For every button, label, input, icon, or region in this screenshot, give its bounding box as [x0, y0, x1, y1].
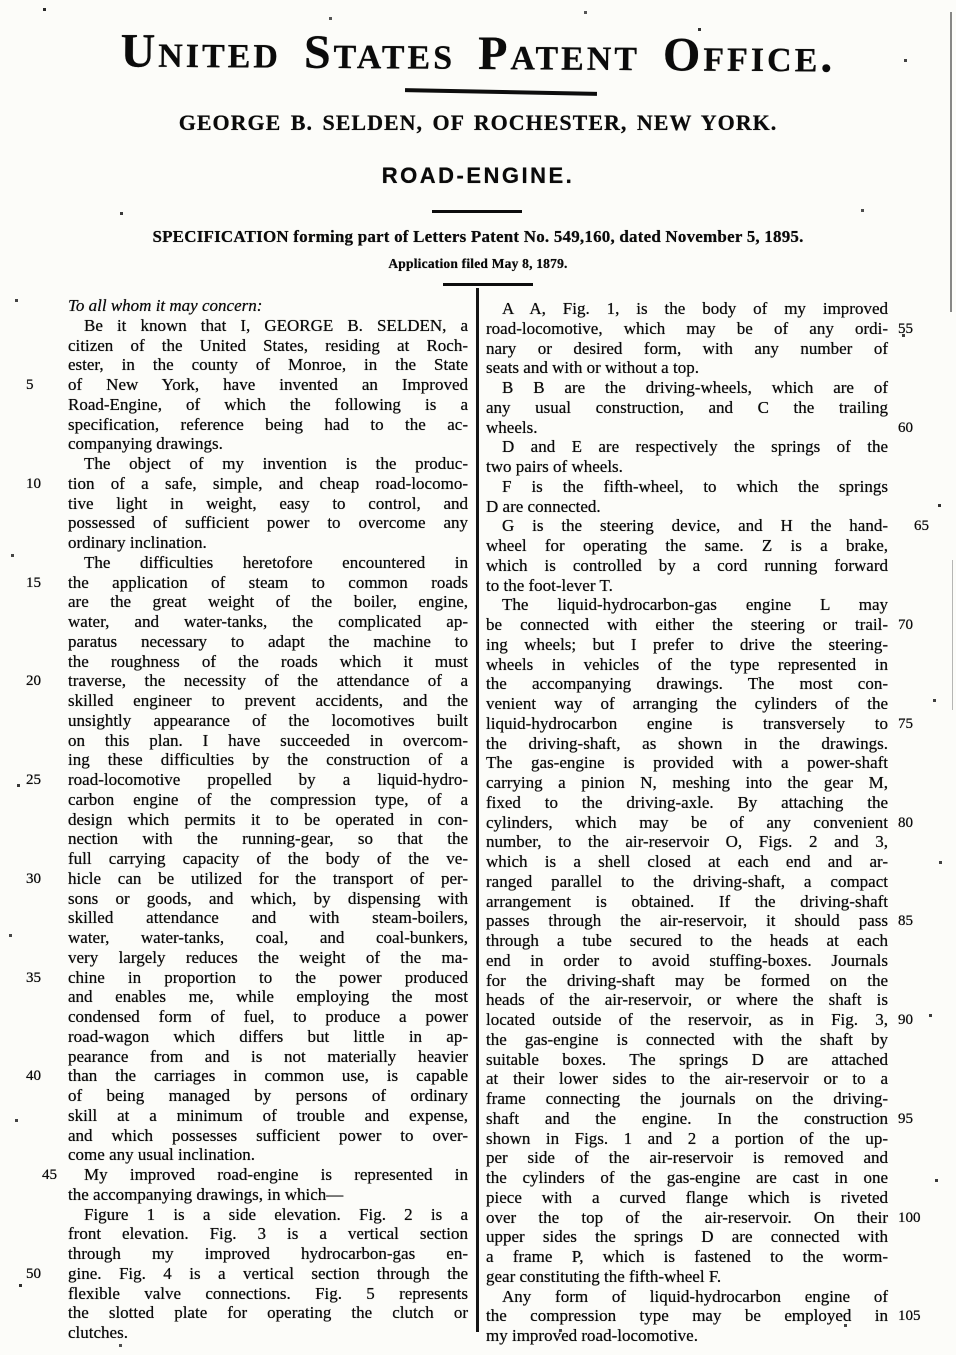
text-line: the driving-shaft, as shown in the drawi…	[486, 734, 888, 754]
text-line: condensed form of fuel, to produce a pow…	[68, 1007, 468, 1027]
text-line: the cylinders of the gas-engine are cast…	[486, 1168, 888, 1188]
text-line: venient way of arranging the cylinders o…	[486, 694, 888, 714]
line-text: upper sides the springs D are connected …	[486, 1227, 888, 1246]
text-line: ing wheels; but I prefer to drive the st…	[486, 635, 888, 655]
text-line: flexible valve connections. Fig. 5 repre…	[68, 1284, 468, 1304]
line-text: the slotted plate for operating the clut…	[68, 1303, 468, 1322]
text-line: Any form of liquid-hydrocarbon engine of	[486, 1287, 888, 1307]
line-text: ranged parallel to the driving-shaft, a …	[486, 872, 888, 891]
line-text: venient way of arranging the cylinders o…	[486, 694, 888, 713]
line-text: design which permits it to be operated i…	[68, 810, 468, 829]
text-line: A A, Fig. 1, is the body of my improved	[486, 299, 888, 319]
text-line: very largely reduces the weight of the m…	[68, 948, 468, 968]
line-text: water, and water-tanks, the complicated …	[68, 612, 468, 631]
line-number: 50	[26, 1265, 56, 1284]
text-line: traverse, the necessity of the attendanc…	[68, 671, 468, 691]
line-text: per side of the air-reservoir is removed…	[486, 1148, 888, 1167]
text-line: road-wagon which differs but little in a…	[68, 1027, 468, 1047]
text-line: the accompanying drawings, in which—	[68, 1185, 468, 1205]
text-line: liquid-hydrocarbon engine is transversel…	[486, 714, 888, 734]
line-text: the roughness of the roads which it must	[68, 652, 468, 671]
text-line: wheels.60	[486, 418, 888, 438]
line-text: The liquid-hydrocarbon-gas engine L may	[502, 595, 888, 614]
text-line: skilled engineer to prevent accidents, a…	[68, 691, 468, 711]
line-text: road-wagon which differs but little in a…	[68, 1027, 468, 1046]
application-rule	[443, 283, 533, 286]
text-line: design which permits it to be operated i…	[68, 810, 468, 830]
specification-line: SPECIFICATION forming part of Letters Pa…	[0, 227, 956, 247]
line-text: road-locomotive propelled by a liquid-hy…	[68, 770, 468, 789]
line-text: the accompanying drawings. The most con-	[486, 674, 888, 693]
text-line: shown in Figs. 1 and 2 a portion of the …	[486, 1129, 888, 1149]
text-line: any usual construction, and C the traili…	[486, 398, 888, 418]
text-line: My improved road-engine is represented i…	[68, 1165, 468, 1185]
line-text: Any form of liquid-hydrocarbon engine of	[502, 1287, 888, 1306]
text-line: ordinary inclination.	[68, 533, 468, 553]
line-number: 75	[898, 715, 936, 734]
line-text: possessed of sufficient power to overcom…	[68, 513, 468, 532]
text-line: the slotted plate for operating the clut…	[68, 1303, 468, 1323]
line-text: for the driving-shaft may be formed on t…	[486, 971, 888, 990]
line-number: 65	[898, 517, 936, 536]
line-text: the driving-shaft, as shown in the drawi…	[486, 734, 888, 753]
line-text: specification, reference being had to th…	[68, 415, 468, 434]
line-text: skilled attendance and with steam-boiler…	[68, 908, 468, 927]
line-text: number, to the air-reservoir O, Figs. 2 …	[486, 832, 888, 851]
line-text: ordinary inclination.	[68, 533, 207, 552]
line-number: 105	[898, 1307, 936, 1326]
scan-edge-artifact	[950, 12, 952, 312]
line-text: the cylinders of the gas-engine are cast…	[486, 1168, 888, 1187]
line-text: liquid-hydrocarbon engine is transversel…	[486, 714, 888, 733]
text-line: the roughness of the roads which it must	[68, 652, 468, 672]
line-text: to the foot-lever T.	[486, 576, 613, 595]
line-number: 45	[26, 1166, 56, 1185]
line-text: wheel for operating the same. Z is a bra…	[486, 536, 888, 555]
line-text: shown in Figs. 1 and 2 a portion of the …	[486, 1129, 888, 1148]
text-line: Be it known that I, GEORGE B. SELDEN, a	[68, 316, 468, 336]
line-number: 25	[26, 771, 56, 790]
text-line: D and E are respectively the springs of …	[486, 437, 888, 457]
inventor-line: GEORGE B. SELDEN, OF ROCHESTER, NEW YORK…	[0, 110, 956, 136]
line-text: gear constituting the fifth-wheel F.	[486, 1267, 721, 1286]
line-text: ing wheels; but I prefer to drive the st…	[486, 635, 888, 654]
text-line: per side of the air-reservoir is removed…	[486, 1148, 888, 1168]
line-text: tive light in weight, easy to control, a…	[68, 494, 468, 513]
line-text: skill at a minimum of trouble and expens…	[68, 1106, 468, 1125]
text-line: unsightly appearance of the locomotives …	[68, 711, 468, 731]
line-text: of being managed by persons of ordinary	[68, 1086, 468, 1105]
text-line: nection with the running-gear, so that t…	[68, 829, 468, 849]
line-text: The object of my invention is the produc…	[84, 454, 468, 473]
text-line: end in order to avoid stuffing-boxes. Jo…	[486, 951, 888, 971]
line-number: 40	[26, 1067, 56, 1086]
text-line: water, water-tanks, coal, and coal-bunke…	[68, 928, 468, 948]
text-line: come any usual inclination.	[68, 1145, 468, 1165]
line-number: 95	[898, 1110, 936, 1129]
line-text: A A, Fig. 1, is the body of my improved	[502, 299, 888, 318]
line-text: very largely reduces the weight of the m…	[68, 948, 468, 967]
line-number: 55	[898, 320, 936, 339]
line-text: front elevation. Fig. 3 is a vertical se…	[68, 1224, 468, 1243]
text-line: upper sides the springs D are connected …	[486, 1227, 888, 1247]
text-line: The gas-engine is provided with a power-…	[486, 753, 888, 773]
text-line: skill at a minimum of trouble and expens…	[68, 1106, 468, 1126]
right-column: A A, Fig. 1, is the body of my improvedr…	[486, 299, 888, 1346]
line-number: 35	[26, 969, 56, 988]
line-text: citizen of the United States, residing a…	[68, 336, 468, 355]
text-line: a frame P, which is fastened to the worm…	[486, 1247, 888, 1267]
line-text: carbon engine of the compression type, o…	[68, 790, 468, 809]
text-line: The object of my invention is the produc…	[68, 454, 468, 474]
text-line: are the great weight of the boiler, engi…	[68, 592, 468, 612]
line-text: The difficulties heretofore encountered …	[84, 553, 468, 572]
invention-title-rule	[432, 210, 522, 213]
line-text: the gas-engine is connected with the sha…	[486, 1030, 888, 1049]
line-number: 15	[26, 574, 56, 593]
text-line: than the carriages in common use, is cap…	[68, 1066, 468, 1086]
text-line: wheels in vehicles of the type represent…	[486, 655, 888, 675]
line-text: arrangement is obtained. If the driving-…	[486, 892, 888, 911]
line-number: 80	[898, 814, 936, 833]
text-line: specification, reference being had to th…	[68, 415, 468, 435]
line-text: heads of the air-reservoir, or where the…	[486, 990, 888, 1009]
line-text: at their lower sides to the air-reservoi…	[486, 1069, 888, 1088]
line-text: chine in proportion to the power produce…	[68, 968, 468, 987]
text-line: citizen of the United States, residing a…	[68, 336, 468, 356]
text-line: To all whom it may concern:	[68, 296, 468, 316]
text-line: possessed of sufficient power to overcom…	[68, 513, 468, 533]
text-line: which is controlled by a cord running fo…	[486, 556, 888, 576]
line-text: through a tube secured to the heads at e…	[486, 931, 888, 950]
line-text: paratus necessary to adapt the machine t…	[68, 632, 468, 651]
text-line: Road-Engine, of which the following is a	[68, 395, 468, 415]
line-text: piece with a curved flange which is rive…	[486, 1188, 888, 1207]
text-line: hicle can be utilized for the transport …	[68, 869, 468, 889]
line-text: located outside of the reservoir, as in …	[486, 1010, 888, 1029]
text-line: number, to the air-reservoir O, Figs. 2 …	[486, 832, 888, 852]
line-text: come any usual inclination.	[68, 1145, 255, 1164]
text-line: road-locomotive propelled by a liquid-hy…	[68, 770, 468, 790]
line-text: cylinders, which may be of any convenien…	[486, 813, 888, 832]
text-line: suitable boxes. The springs D are attach…	[486, 1050, 888, 1070]
text-line: tive light in weight, easy to control, a…	[68, 494, 468, 514]
line-text: frame connecting the journals on the dri…	[486, 1089, 888, 1108]
text-line: The liquid-hydrocarbon-gas engine L may	[486, 595, 888, 615]
text-line: on this plan. I have succeeded in overco…	[68, 731, 468, 751]
line-text: condensed form of fuel, to produce a pow…	[68, 1007, 468, 1026]
text-line: the application of steam to common roads…	[68, 573, 468, 593]
line-text: are the great weight of the boiler, engi…	[68, 592, 468, 611]
scan-edge-artifact	[952, 560, 953, 710]
text-line: heads of the air-reservoir, or where the…	[486, 990, 888, 1010]
line-text: wheels.	[486, 418, 537, 437]
text-line: piece with a curved flange which is rive…	[486, 1188, 888, 1208]
text-line: companying drawings.	[68, 434, 468, 454]
text-line: ester, in the county of Monroe, in the S…	[68, 355, 468, 375]
line-text: skilled engineer to prevent accidents, a…	[68, 691, 468, 710]
line-text: nary or desired form, with any number of	[486, 339, 888, 358]
line-text: a frame P, which is fastened to the worm…	[486, 1247, 888, 1266]
patent-office-title: United States Patent Office.	[0, 23, 956, 85]
line-text: clutches.	[68, 1323, 128, 1342]
line-text: My improved road-engine is represented i…	[84, 1165, 468, 1184]
application-line: Application filed May 8, 1879.	[0, 256, 956, 272]
text-line: water, and water-tanks, the complicated …	[68, 612, 468, 632]
text-line: located outside of the reservoir, as in …	[486, 1010, 888, 1030]
text-line: cylinders, which may be of any convenien…	[486, 813, 888, 833]
line-text: traverse, the necessity of the attendanc…	[68, 671, 468, 690]
line-number: 20	[26, 672, 56, 691]
line-text: D are connected.	[486, 497, 601, 516]
line-text: seats and with or without a top.	[486, 358, 699, 377]
line-text: than the carriages in common use, is cap…	[68, 1066, 468, 1085]
line-text: my improved road-locomotive.	[486, 1326, 698, 1345]
text-line: paratus necessary to adapt the machine t…	[68, 632, 468, 652]
text-line: of New York, have invented an Improved5	[68, 375, 468, 395]
line-text: and which possesses sufficient power to …	[68, 1126, 468, 1145]
text-line: ranged parallel to the driving-shaft, a …	[486, 872, 888, 892]
line-text: hicle can be utilized for the transport …	[68, 869, 468, 888]
line-text: companying drawings.	[68, 434, 223, 453]
text-line: gine. Fig. 4 is a vertical section throu…	[68, 1264, 468, 1284]
line-text: G is the steering device, and H the hand…	[502, 516, 888, 535]
line-text: pearance from and is not materially heav…	[68, 1047, 468, 1066]
text-line: front elevation. Fig. 3 is a vertical se…	[68, 1224, 468, 1244]
line-number: 100	[898, 1209, 936, 1228]
text-line: sons or goods, and which, by dispensing …	[68, 889, 468, 909]
patent-page: United States Patent Office. GEORGE B. S…	[0, 0, 956, 1355]
line-text: which is a shell closed at each end and …	[486, 852, 888, 871]
scan-noise	[0, 0, 1, 1]
line-text: over the top of the air-reservoir. On th…	[486, 1208, 888, 1227]
text-line: F is the fifth-wheel, to which the sprin…	[486, 477, 888, 497]
line-number: 70	[898, 616, 936, 635]
text-line: The difficulties heretofore encountered …	[68, 553, 468, 573]
line-text: any usual construction, and C the traili…	[486, 398, 888, 417]
line-text: To all whom it may concern:	[68, 296, 262, 315]
left-column: To all whom it may concern:Be it known t…	[68, 296, 468, 1343]
line-text: F is the fifth-wheel, to which the sprin…	[502, 477, 888, 496]
text-line: and which possesses sufficient power to …	[68, 1126, 468, 1146]
text-line: nary or desired form, with any number of	[486, 339, 888, 359]
line-text: carrying a pinion N, meshing into the ge…	[486, 773, 888, 792]
line-number: 30	[26, 870, 56, 889]
invention-title: ROAD-ENGINE.	[0, 163, 956, 189]
text-line: and enables me, while employing the most	[68, 987, 468, 1007]
line-number: 5	[26, 376, 56, 395]
line-number: 85	[898, 912, 936, 931]
line-text: of New York, have invented an Improved	[68, 375, 468, 394]
line-text: The gas-engine is provided with a power-…	[486, 753, 888, 772]
line-text: flexible valve connections. Fig. 5 repre…	[68, 1284, 468, 1303]
line-text: D and E are respectively the springs of …	[502, 437, 888, 456]
text-line: wheel for operating the same. Z is a bra…	[486, 536, 888, 556]
text-line: B B are the driving-wheels, which are of	[486, 378, 888, 398]
line-number: 10	[26, 475, 56, 494]
text-line: full carrying capacity of the body of th…	[68, 849, 468, 869]
line-text: water, water-tanks, coal, and coal-bunke…	[68, 928, 468, 947]
text-line: seats and with or without a top.	[486, 358, 888, 378]
line-text: nection with the running-gear, so that t…	[68, 829, 468, 848]
line-text: B B are the driving-wheels, which are of	[502, 378, 888, 397]
text-line: clutches.	[68, 1323, 468, 1343]
line-text: through my improved hydrocarbon-gas en-	[68, 1244, 468, 1263]
title-rule	[405, 88, 597, 95]
text-line: carbon engine of the compression type, o…	[68, 790, 468, 810]
line-text: full carrying capacity of the body of th…	[68, 849, 468, 868]
text-line: G is the steering device, and H the hand…	[486, 516, 888, 536]
line-text: road-locomotive, which may be of any ord…	[486, 319, 888, 338]
line-text: the application of steam to common roads	[68, 573, 468, 592]
line-text: which is controlled by a cord running fo…	[486, 556, 888, 575]
line-text: Road-Engine, of which the following is a	[68, 395, 468, 414]
line-text: ester, in the county of Monroe, in the S…	[68, 355, 468, 374]
text-line: my improved road-locomotive.	[486, 1326, 888, 1346]
line-text: sons or goods, and which, by dispensing …	[68, 889, 468, 908]
line-text: the accompanying drawings, in which—	[68, 1185, 343, 1204]
text-line: tion of a safe, simple, and cheap road-l…	[68, 474, 468, 494]
line-text: wheels in vehicles of the type represent…	[486, 655, 888, 674]
text-line: at their lower sides to the air-reservoi…	[486, 1069, 888, 1089]
text-line: carrying a pinion N, meshing into the ge…	[486, 773, 888, 793]
text-line: two pairs of wheels.	[486, 457, 888, 477]
line-text: passes through the air-reservoir, it sho…	[486, 911, 888, 930]
line-text: Be it known that I, GEORGE B. SELDEN, a	[84, 316, 468, 335]
text-line: the compression type may be employed in1…	[486, 1306, 888, 1326]
line-text: shaft and the engine. In the constructio…	[486, 1109, 888, 1128]
line-text: ing these difficulties by the constructi…	[68, 750, 468, 769]
column-divider	[476, 288, 479, 1332]
text-line: pearance from and is not materially heav…	[68, 1047, 468, 1067]
text-line: which is a shell closed at each end and …	[486, 852, 888, 872]
line-text: two pairs of wheels.	[486, 457, 623, 476]
line-text: gine. Fig. 4 is a vertical section throu…	[68, 1264, 468, 1283]
line-text: be connected with either the steering or…	[486, 615, 888, 634]
text-line: ing these difficulties by the constructi…	[68, 750, 468, 770]
text-line: arrangement is obtained. If the driving-…	[486, 892, 888, 912]
text-line: chine in proportion to the power produce…	[68, 968, 468, 988]
text-line: Figure 1 is a side elevation. Fig. 2 is …	[68, 1205, 468, 1225]
text-line: be connected with either the steering or…	[486, 615, 888, 635]
text-line: passes through the air-reservoir, it sho…	[486, 911, 888, 931]
line-number: 90	[898, 1011, 936, 1030]
line-text: on this plan. I have succeeded in overco…	[68, 731, 468, 750]
line-text: the compression type may be employed in	[486, 1306, 888, 1325]
text-line: the accompanying drawings. The most con-	[486, 674, 888, 694]
text-line: over the top of the air-reservoir. On th…	[486, 1208, 888, 1228]
line-text: fixed to the driving-axle. By attaching …	[486, 793, 888, 812]
text-line: through a tube secured to the heads at e…	[486, 931, 888, 951]
line-text: and enables me, while employing the most	[68, 987, 468, 1006]
text-line: gear constituting the fifth-wheel F.	[486, 1267, 888, 1287]
line-text: end in order to avoid stuffing-boxes. Jo…	[486, 951, 888, 970]
text-line: skilled attendance and with steam-boiler…	[68, 908, 468, 928]
text-line: shaft and the engine. In the constructio…	[486, 1109, 888, 1129]
line-text: Figure 1 is a side elevation. Fig. 2 is …	[84, 1205, 468, 1224]
text-line: frame connecting the journals on the dri…	[486, 1089, 888, 1109]
text-line: the gas-engine is connected with the sha…	[486, 1030, 888, 1050]
text-line: of being managed by persons of ordinary	[68, 1086, 468, 1106]
line-text: unsightly appearance of the locomotives …	[68, 711, 468, 730]
line-text: tion of a safe, simple, and cheap road-l…	[68, 474, 468, 493]
line-number: 60	[898, 419, 936, 438]
text-line: through my improved hydrocarbon-gas en-	[68, 1244, 468, 1264]
text-line: D are connected.	[486, 497, 888, 517]
line-text: suitable boxes. The springs D are attach…	[486, 1050, 888, 1069]
text-line: to the foot-lever T.	[486, 576, 888, 596]
text-line: road-locomotive, which may be of any ord…	[486, 319, 888, 339]
text-line: fixed to the driving-axle. By attaching …	[486, 793, 888, 813]
text-line: for the driving-shaft may be formed on t…	[486, 971, 888, 991]
